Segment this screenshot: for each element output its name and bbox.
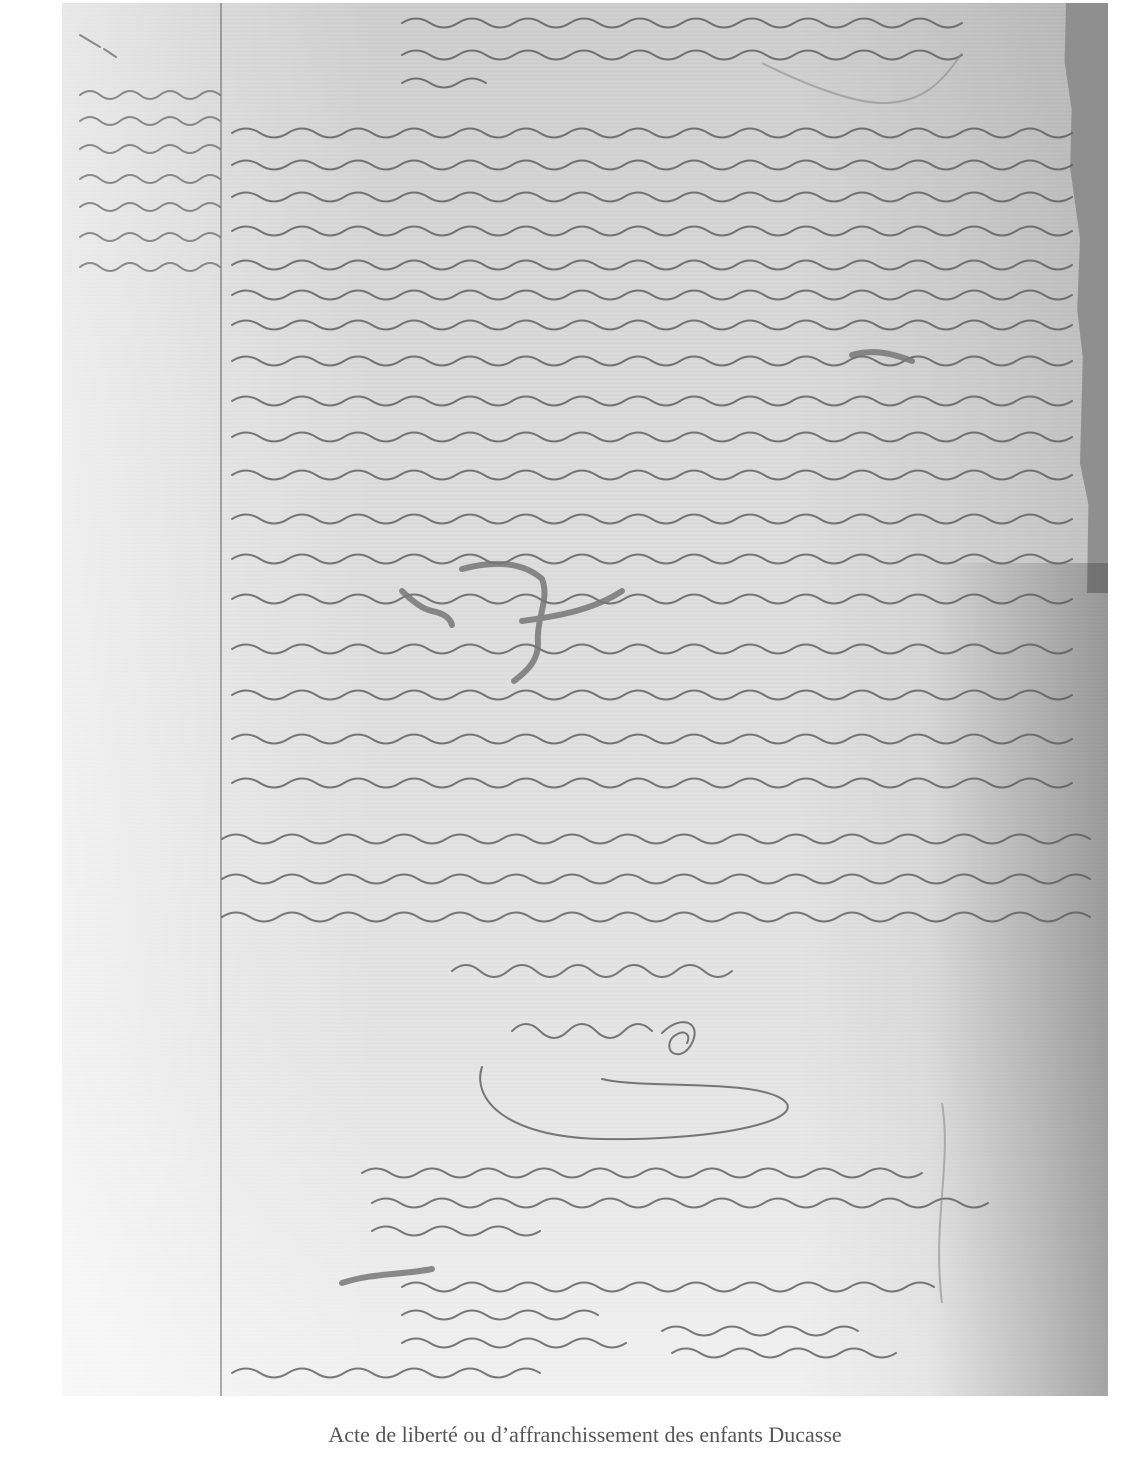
manuscript-photo — [62, 3, 1108, 1396]
figure-caption: Acte de liberté ou d’affranchissement de… — [0, 1422, 1148, 1448]
handwriting-ink — [62, 3, 1108, 1396]
